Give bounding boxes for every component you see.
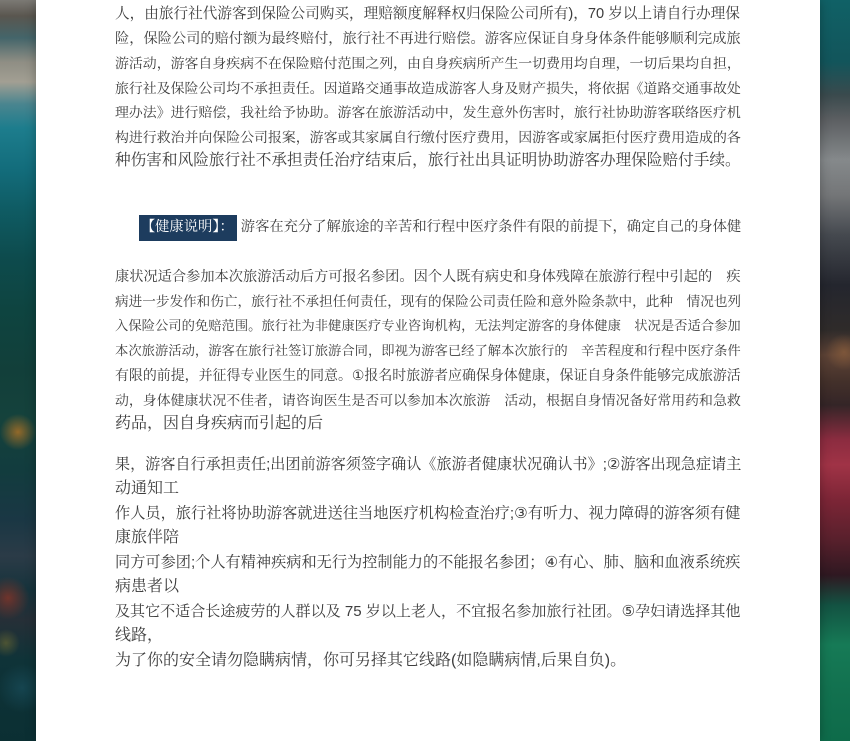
background-photo-right bbox=[820, 0, 850, 741]
text-line: 构进行救治并向保险公司报案，游客或其家属自行缴付医疗费用，因游客或家属拒付医疗费… bbox=[115, 125, 741, 150]
text-line: 动，身体健康状况不佳者，请咨询医生是否可以参加本次旅游 活动，根据自身情况备好常… bbox=[115, 388, 741, 413]
health-notice-section: 【健康说明】：游客在充分了解旅途的辛苦和行程中医疗条件有限的前提下，确定自己的身… bbox=[115, 191, 741, 437]
text-line: 果，游客自行承担责任;出团前游客须签字确认《旅游者健康状况确认书》;②游客出现急… bbox=[115, 453, 741, 478]
text-line: 病进一步发作和伤亡，旅行社不承担任何责任，现有的保险公司责任险和意外险条款中，此… bbox=[115, 290, 741, 315]
text-line: 同方可参团;个人有精神疾病和无行为控制能力的不能报名参团；④有心、肺、脑和血液系… bbox=[115, 551, 741, 576]
health-section-first-line: 游客在充分了解旅途的辛苦和行程中医疗条件有限的前提下，确定自己的身体健 bbox=[241, 219, 741, 235]
text-line: 及其它不适合长途疲劳的人群以及 75 岁以上老人，不宜报名参加旅行社团。⑤孕妇请… bbox=[115, 600, 741, 625]
text-line: 药品，因自身疾病而引起的后 bbox=[115, 412, 741, 437]
text-line: 有限的前提，并征得专业医生的同意。①报名时旅游者应确保身体健康，保证自身条件能够… bbox=[115, 363, 741, 388]
health-section-badge: 【健康说明】： bbox=[139, 215, 237, 241]
text-line: 人，由旅行社代游客到保险公司购买，理赔额度解释权归保险公司所有)，70 岁以上请… bbox=[115, 2, 741, 27]
text-line: 旅行社及保险公司均不承担责任。因道路交通事故造成游客人身及财产损失，将依据《道路… bbox=[115, 76, 741, 101]
page: { "colors": { "page_bg": "#ffffff", "bod… bbox=[0, 0, 850, 741]
text-line: 游活动，游客自身疾病不在保险赔付范围之列，由自身疾病所产生一切费用均自理，一切后… bbox=[115, 51, 741, 76]
content-area: 人，由旅行社代游客到保险公司购买，理赔额度解释权归保险公司所有)，70 岁以上请… bbox=[36, 0, 820, 741]
text-line: 本次旅游活动，游客在旅行社签订旅游合同，即视为游客已经了解本次旅行的 辛苦程度和… bbox=[115, 339, 741, 364]
text-line: 作人员，旅行社将协助游客就进送往当地医疗机构检查治疗;③有听力、视力障碍的游客须… bbox=[115, 502, 741, 527]
text-line: 入保险公司的免赔范围。旅行社为非健康医疗专业咨询机构，无法判定游客的身体健康 状… bbox=[115, 314, 741, 339]
text-line: 为了你的安全请勿隐瞒病情，你可另择其它线路(如隐瞒病情,后果自负)。 bbox=[115, 649, 741, 674]
text-line: 线路， bbox=[115, 624, 741, 649]
text-line: 【健康说明】：游客在充分了解旅途的辛苦和行程中医疗条件有限的前提下，确定自己的身… bbox=[115, 191, 741, 266]
text-line: 险，保险公司的赔付额为最终赔付，旅行社不再进行赔偿。游客应保证自身身体条件能够顺… bbox=[115, 27, 741, 52]
health-section-lines: 康状况适合参加本次旅游活动后方可报名参团。因个人既有病史和身体残障在旅游行程中引… bbox=[115, 265, 741, 437]
health-notes-paragraph: 果，游客自行承担责任;出团前游客须签字确认《旅游者健康状况确认书》;②游客出现急… bbox=[115, 453, 741, 674]
text-line: 康旅伴陪 bbox=[115, 526, 741, 551]
text-line: 种伤害和风险旅行社不承担责任治疗结束后，旅行社出具证明协助游客办理保险赔付手续。 bbox=[115, 149, 741, 174]
text-line: 康状况适合参加本次旅游活动后方可报名参团。因个人既有病史和身体残障在旅游行程中引… bbox=[115, 265, 741, 290]
text-line: 理办法》进行赔偿，我社给予协助。游客在旅游活动中，发生意外伤害时，旅行社协助游客… bbox=[115, 100, 741, 125]
insurance-liability-paragraph: 人，由旅行社代游客到保险公司购买，理赔额度解释权归保险公司所有)，70 岁以上请… bbox=[115, 2, 741, 174]
text-line: 病患者以 bbox=[115, 575, 741, 600]
background-photo-left bbox=[0, 0, 36, 741]
text-line: 动通知工 bbox=[115, 477, 741, 502]
